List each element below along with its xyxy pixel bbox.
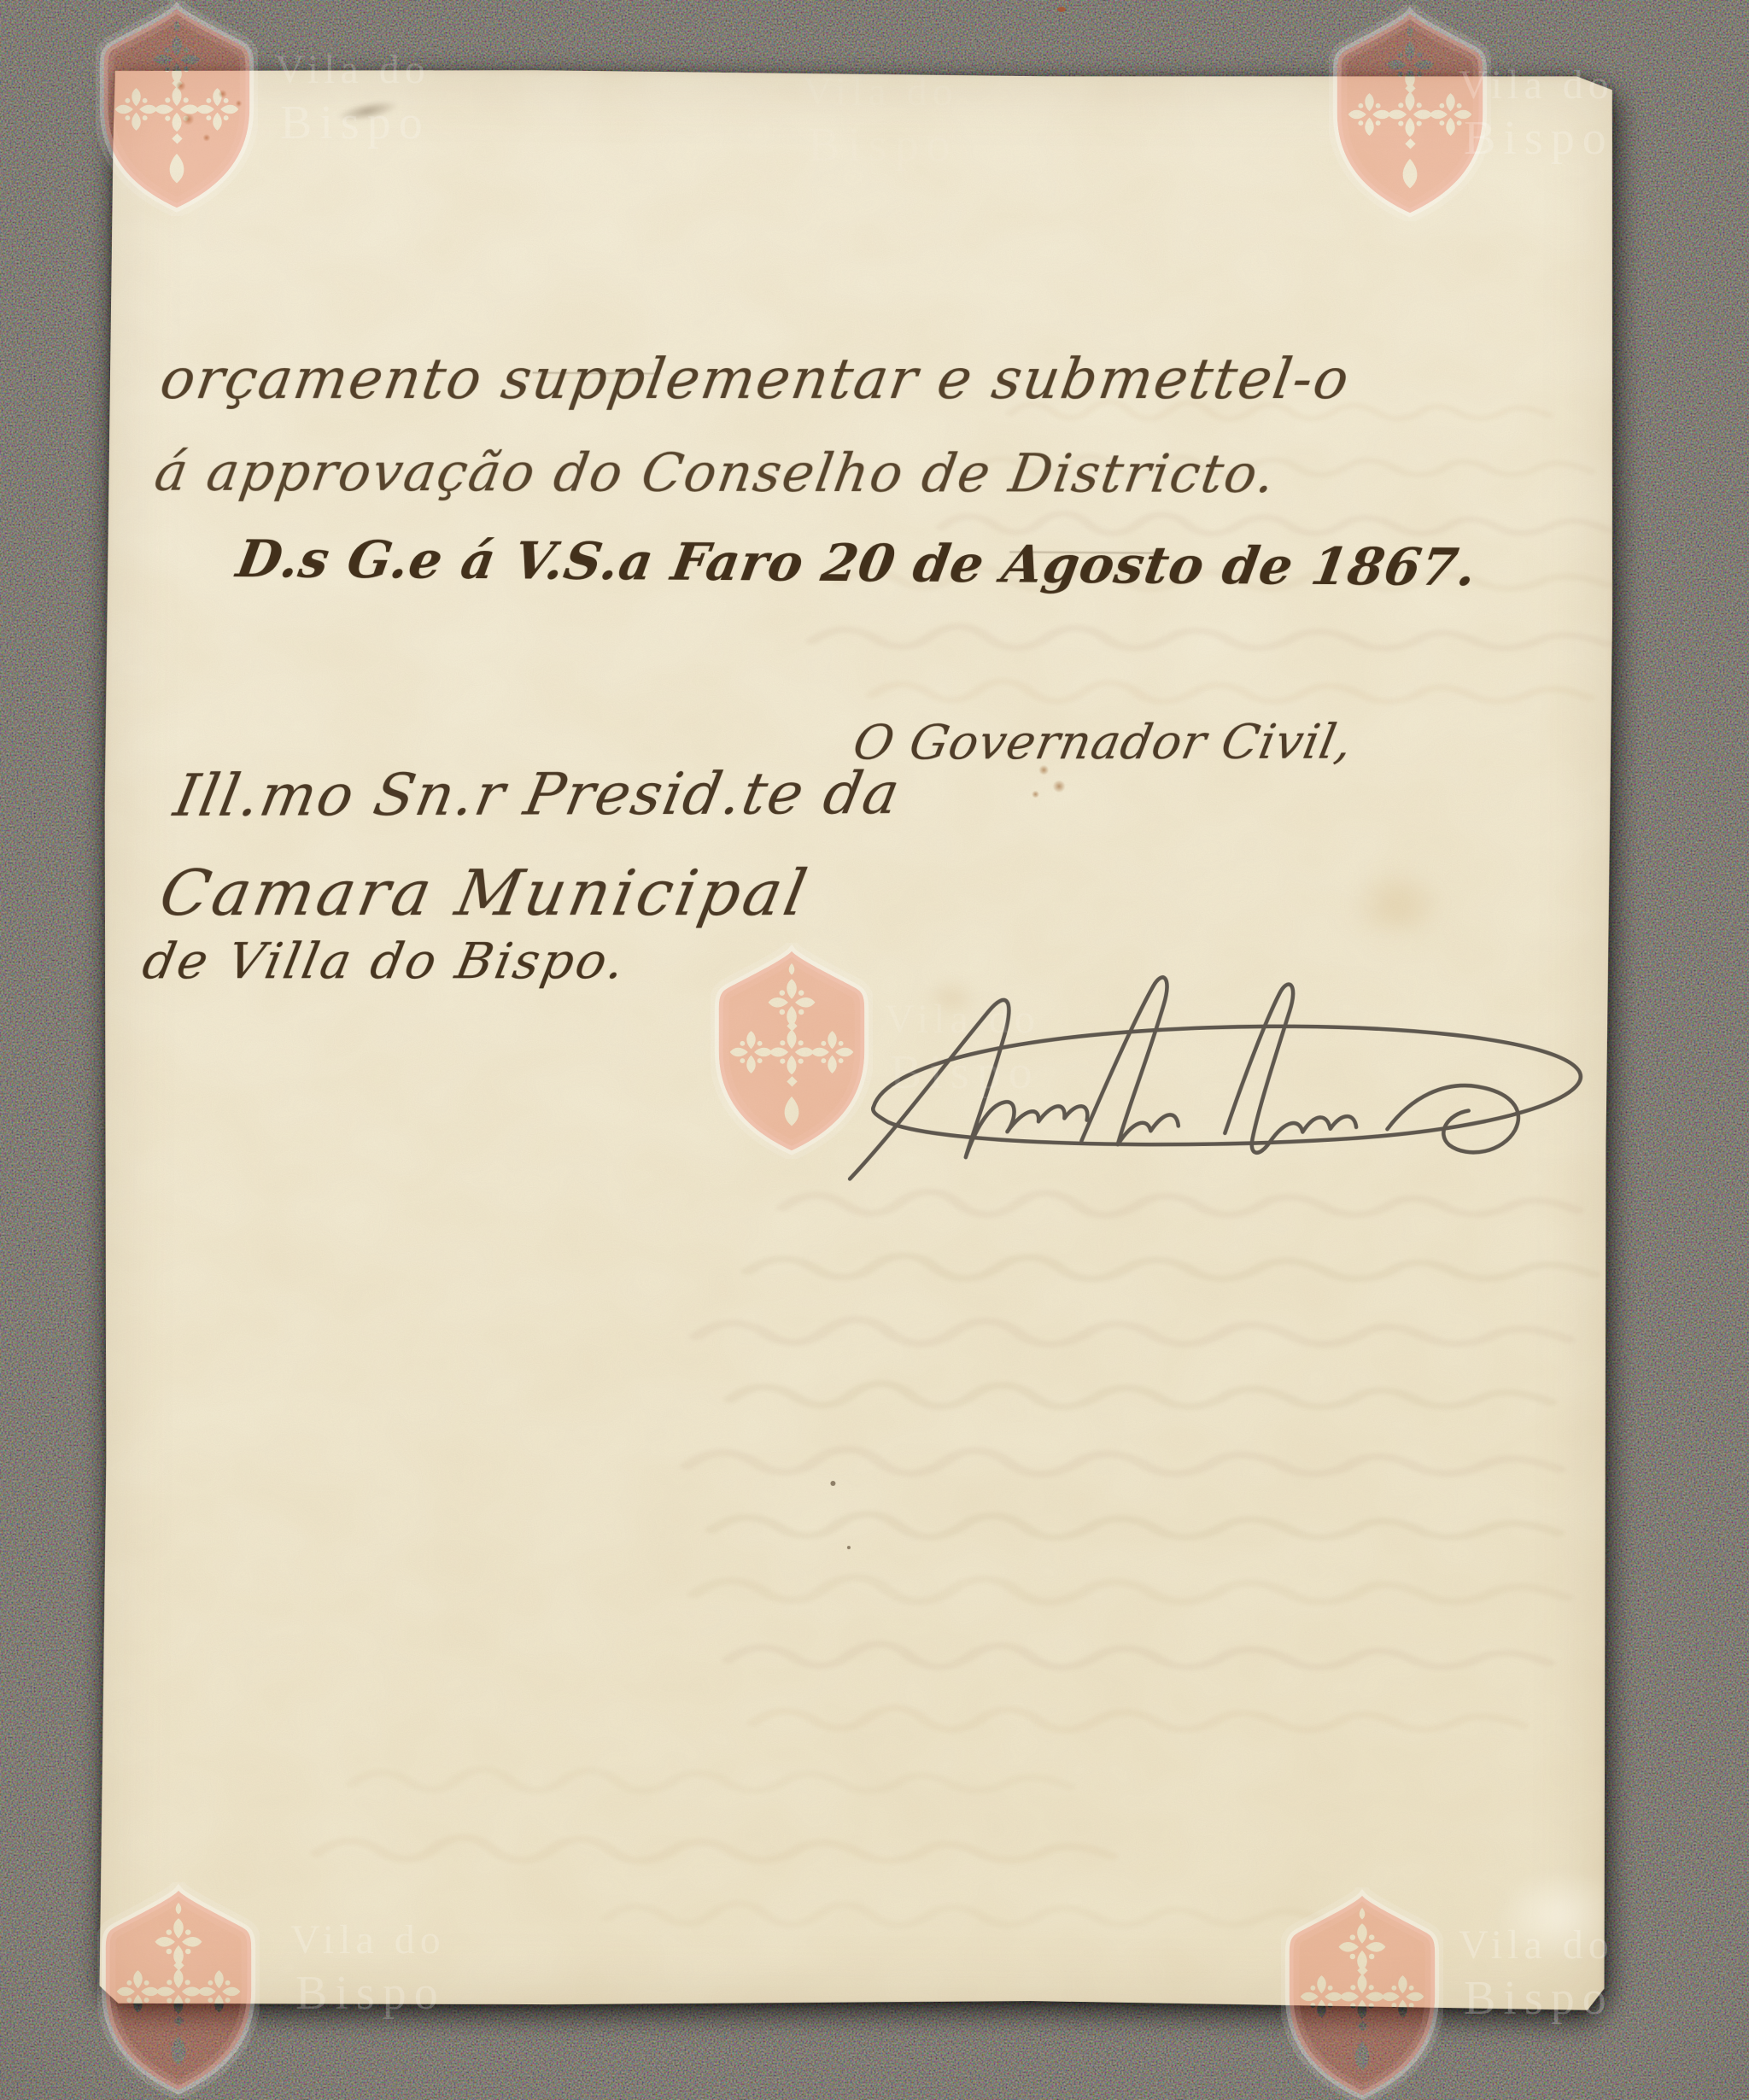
- signature-flourish: [834, 958, 1613, 1194]
- ink-speck: [847, 1546, 851, 1549]
- manuscript-address-line-1: Ill.mo Sn.r Presid.te da: [170, 765, 905, 826]
- paper-sheet: orçamento supplementar e submettel-o á a…: [94, 65, 1619, 2015]
- foxing-dot: [1032, 791, 1039, 798]
- foxing-dot: [1052, 781, 1066, 793]
- age-stain: [1348, 868, 1443, 942]
- manuscript-address-line-3: de Villa do Bispo.: [139, 936, 631, 986]
- ink-speck: [830, 1481, 835, 1486]
- foxing-dot: [236, 100, 243, 107]
- foxing-dot: [219, 90, 227, 98]
- manuscript-body-line-2: á approvação do Conselho de Districto.: [151, 446, 1280, 500]
- felt-fleck: [1057, 7, 1066, 12]
- manuscript-dateline: D.s G.e á V.S.a Faro 20 de Agosto de 186…: [233, 534, 1481, 594]
- photo-stage: orçamento supplementar e submettel-o á a…: [0, 0, 1749, 2100]
- manuscript-closing: O Governador Civil,: [850, 719, 1357, 768]
- manuscript-body-line-1: orçamento supplementar e submettel-o: [156, 351, 1354, 407]
- foxing-dot: [183, 114, 195, 126]
- foxing-dot: [202, 134, 210, 142]
- manuscript-address-line-2: Camara Municipal: [155, 862, 815, 925]
- foxing-dot: [176, 81, 186, 91]
